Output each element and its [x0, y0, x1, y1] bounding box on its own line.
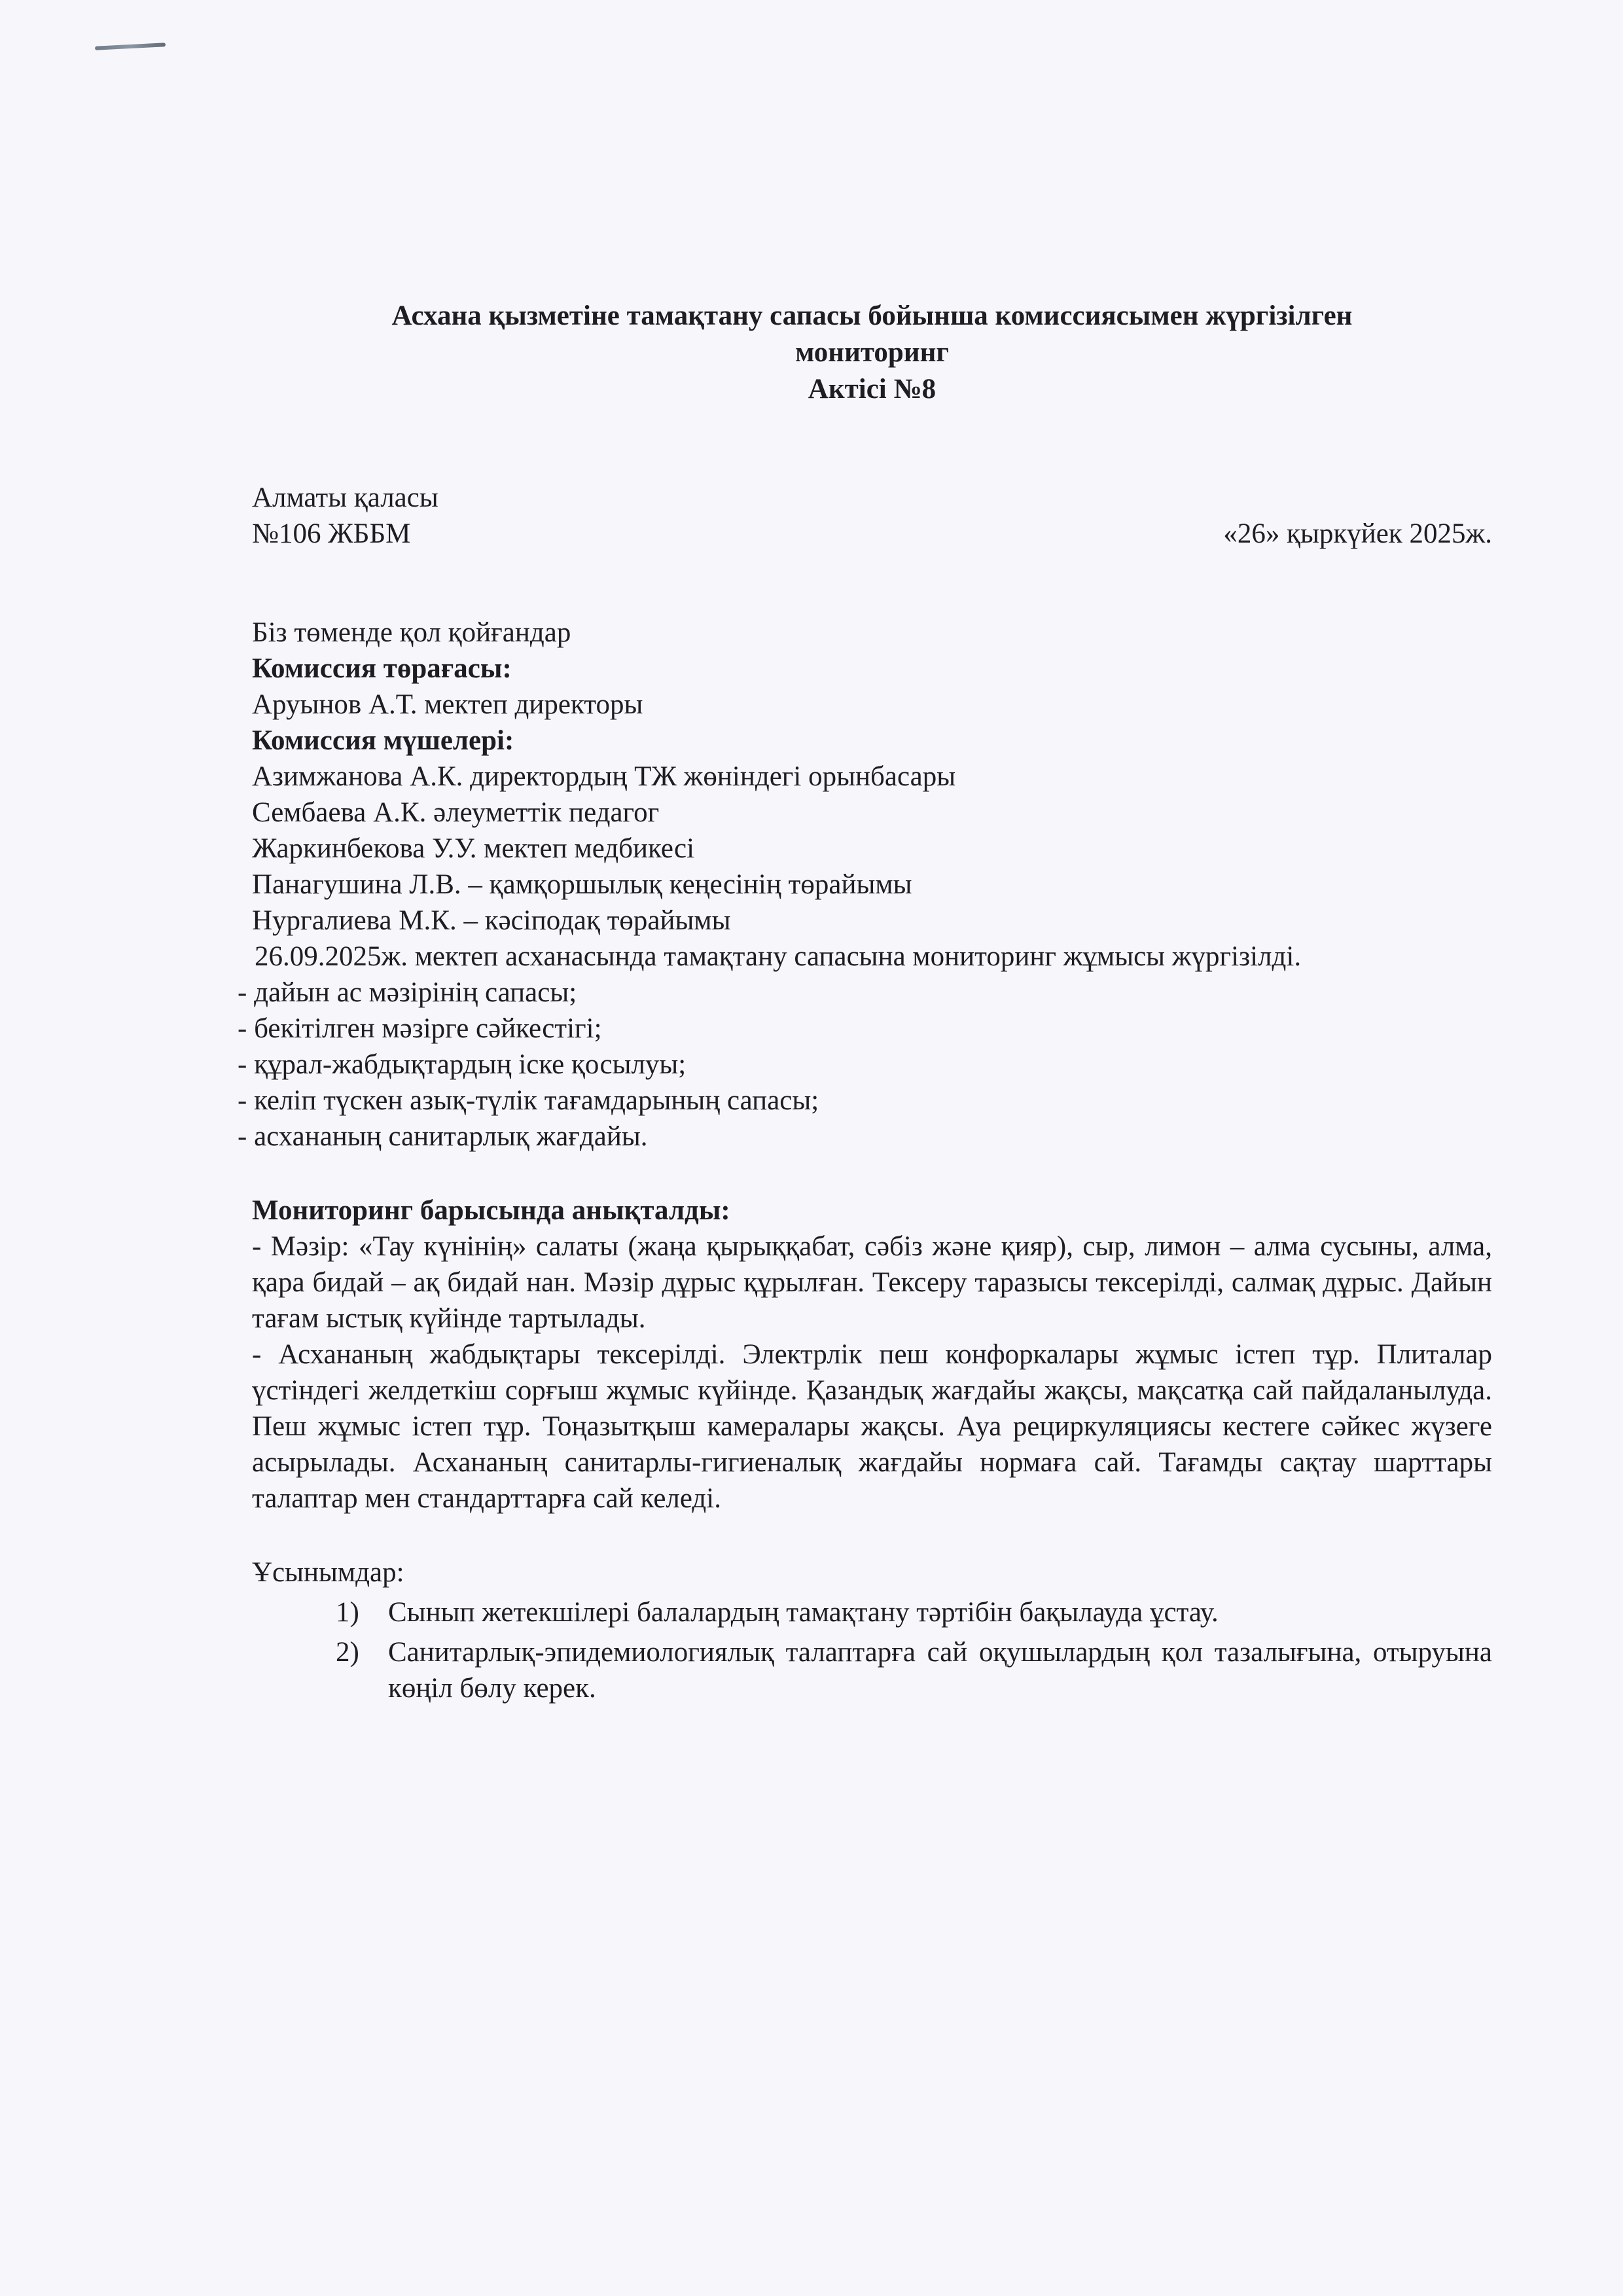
recommendation-number: 2)	[336, 1634, 388, 1706]
recommendations-list: 1) Сынып жетекшілері балалардың тамақтан…	[252, 1594, 1492, 1706]
checklist-item: - құрал-жабдықтардың іске қосылуы;	[238, 1047, 1492, 1083]
member-item: Нургалиева М.К. – кәсіподақ төрайымы	[252, 903, 1492, 939]
members-list: Азимжанова А.К. директордың ТЖ жөніндегі…	[252, 759, 1492, 939]
chair-heading: Комиссия төрағасы:	[252, 651, 1492, 687]
checklist: - дайын ас мәзірінің сапасы; - бекітілге…	[238, 975, 1492, 1155]
document-page: Асхана қызметіне тамақтану сапасы бойынш…	[252, 298, 1492, 1706]
school-name: №106 ЖББМ	[252, 516, 410, 552]
recommendations-heading: Ұсынымдар:	[252, 1554, 1492, 1590]
recommendation-text: Санитарлық-эпидемиологиялық талаптарға с…	[388, 1634, 1492, 1706]
checklist-item: - дайын ас мәзірінің сапасы;	[238, 975, 1492, 1011]
findings-heading: Мониторинг барысында анықталды:	[252, 1193, 1492, 1229]
member-item: Сембаева А.К. әлеуметтік педагог	[252, 795, 1492, 831]
recommendation-text: Сынып жетекшілері балалардың тамақтану т…	[388, 1594, 1492, 1630]
title-line-3: Актісі №8	[252, 371, 1492, 408]
members-heading: Комиссия мүшелері:	[252, 723, 1492, 759]
chair-name: Аруынов А.Т. мектеп директоры	[252, 687, 1492, 723]
intro-text: Біз төменде қол қойғандар	[252, 615, 1492, 651]
staple-mark	[95, 43, 166, 50]
finding-paragraph: - Мәзір: «Тау күнінің» салаты (жаңа қыры…	[252, 1229, 1492, 1336]
checklist-item: - келіп түскен азық-түлік тағамдарының с…	[238, 1083, 1492, 1119]
checklist-item: - бекітілген мәзірге сәйкестігі;	[238, 1011, 1492, 1047]
member-item: Жаркинбекова У.У. мектеп медбикесі	[252, 831, 1492, 867]
title-line-1: Асхана қызметіне тамақтану сапасы бойынш…	[252, 298, 1492, 334]
document-date: «26» қыркүйек 2025ж.	[1223, 516, 1492, 552]
document-meta: Алматы қаласы №106 ЖББМ «26» қыркүйек 20…	[252, 480, 1492, 552]
finding-paragraph: - Асхананың жабдықтары тексерілді. Элект…	[252, 1336, 1492, 1516]
recommendation-item: 1) Сынып жетекшілері балалардың тамақтан…	[336, 1594, 1492, 1630]
city: Алматы қаласы	[252, 480, 1492, 516]
document-title: Асхана қызметіне тамақтану сапасы бойынш…	[252, 298, 1492, 408]
title-line-2: мониторинг	[252, 334, 1492, 371]
member-item: Панагушина Л.В. – қамқоршылық кеңесінің …	[252, 867, 1492, 903]
monitoring-statement: 26.09.2025ж. мектеп асханасында тамақтан…	[255, 939, 1492, 975]
checklist-item: - асхананың санитарлық жағдайы.	[238, 1119, 1492, 1155]
recommendation-item: 2) Санитарлық-эпидемиологиялық талаптарғ…	[336, 1634, 1492, 1706]
member-item: Азимжанова А.К. директордың ТЖ жөніндегі…	[252, 759, 1492, 795]
recommendation-number: 1)	[336, 1594, 388, 1630]
